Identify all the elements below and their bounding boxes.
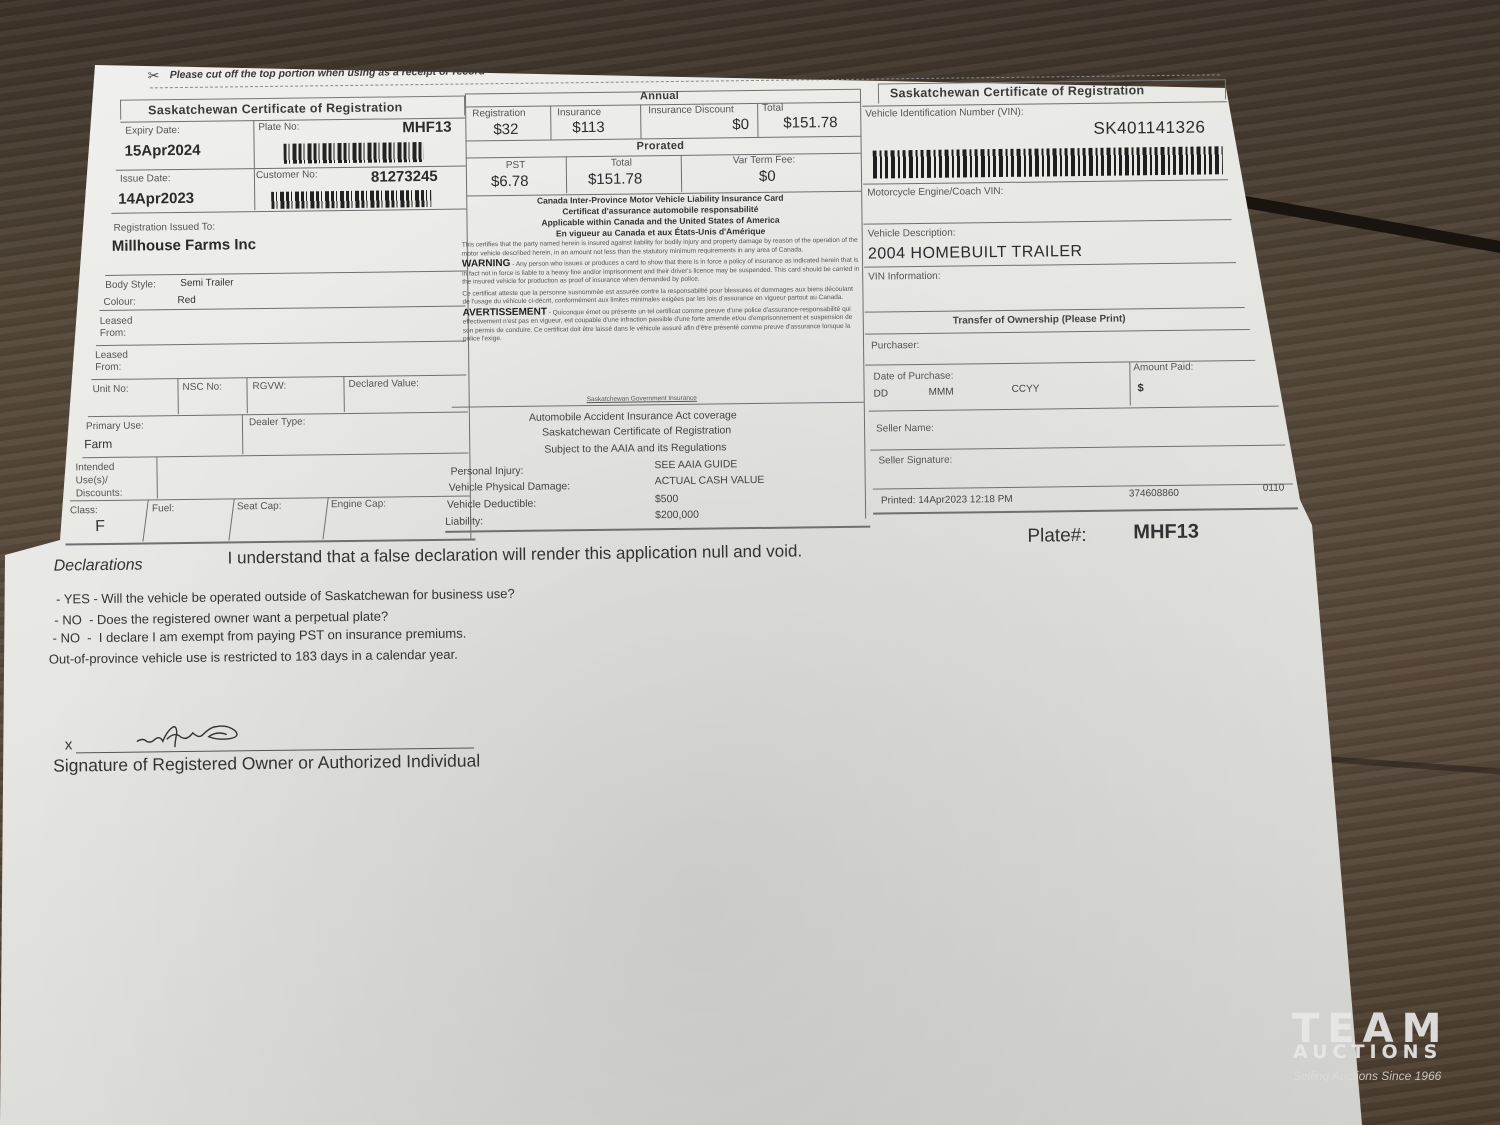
pst-value: $6.78: [491, 173, 529, 190]
colour-label: Colour:: [103, 297, 135, 308]
declaration-item-2: - NO - Does the registered owner want a …: [54, 609, 388, 628]
liability-label: Liability:: [445, 515, 483, 527]
class-label: Class:: [70, 505, 98, 516]
purchaser-label: Purchaser:: [871, 340, 919, 352]
vehicle-deductible-value: $500: [655, 493, 679, 505]
insurance-warning: WARNING - Any person who issues or produ…: [462, 256, 860, 287]
annual-total-label: Total: [762, 103, 783, 114]
team-auctions-tagline: Selling Auctions Since 1966: [1293, 1069, 1441, 1083]
team-auctions-logo-sub: AUCTIONS: [1293, 1041, 1442, 1063]
amount-paid-value: $: [1138, 382, 1144, 394]
declared-value-label: Declared Value:: [348, 378, 419, 390]
date-mmm: MMM: [929, 387, 954, 398]
annual-total-value: $151.78: [783, 114, 837, 132]
pst-label: PST: [506, 160, 526, 171]
plate-no-value: MHF13: [402, 119, 451, 137]
registration-label: Registration: [472, 108, 525, 120]
nsc-no-label: NSC No:: [182, 382, 222, 393]
var-term-fee-value: $0: [759, 168, 776, 185]
expiry-date-label: Expiry Date:: [125, 125, 180, 137]
personal-injury-label: Personal Injury:: [450, 465, 523, 478]
issue-date-label: Issue Date:: [120, 173, 171, 185]
declarations-heading: Declarations: [54, 557, 143, 576]
warning-label: WARNING: [462, 258, 510, 270]
aaia-line-2: Saskatchewan Certificate of Registration: [542, 424, 731, 438]
prorated-total-value: $151.78: [588, 170, 642, 188]
owner-signature: [133, 718, 273, 756]
customer-barcode: [271, 190, 431, 209]
seller-signature-label: Seller Signature:: [878, 455, 952, 467]
annual-header: Annual: [640, 90, 679, 102]
primary-use-value: Farm: [84, 437, 112, 451]
insurance-avertissement: AVERTISSEMENT - Quiconque émet ou présen…: [463, 304, 861, 344]
declarations-statement: I understand that a false declaration wi…: [227, 541, 802, 568]
expiry-date-value: 15Apr2024: [125, 142, 201, 160]
prorated-header: Prorated: [637, 140, 685, 153]
customer-no-value: 81273245: [371, 168, 438, 186]
transfer-header: Transfer of Ownership (Please Print): [953, 313, 1126, 326]
document-number: 374608860: [1129, 488, 1179, 500]
customer-no-label: Customer No:: [256, 169, 318, 181]
class-value: F: [95, 518, 105, 536]
vin-label: Vehicle Identification Number (VIN):: [865, 107, 1024, 120]
issued-to-label: Registration Issued To:: [114, 222, 216, 234]
declaration-note: Out-of-province vehicle use is restricte…: [49, 647, 458, 667]
aaia-line-3: Subject to the AAIA and its Regulations: [544, 441, 726, 455]
vehicle-description-label: Vehicle Description:: [868, 228, 956, 240]
prorated-total-label: Total: [611, 158, 632, 169]
scissors-icon: ✂: [148, 67, 160, 84]
french-certifies-text: Ce certificat atteste que la personne su…: [462, 285, 860, 307]
vin-information-label: VIN Information:: [868, 271, 940, 283]
vehicle-deductible-label: Vehicle Deductible:: [447, 498, 536, 511]
insurance-discount-label: Insurance Discount: [648, 104, 734, 116]
fuel-label: Fuel:: [152, 503, 174, 514]
registration-value: $32: [493, 121, 518, 138]
vehicle-physical-damage-label: Vehicle Physical Damage:: [449, 480, 571, 493]
vehicle-description-value: 2004 HOMEBUILT TRAILER: [868, 243, 1083, 264]
aaia-line-1: Automobile Accident Insurance Act covera…: [529, 409, 737, 424]
declaration-item-1: - YES - Will the vehicle be operated out…: [56, 586, 515, 607]
leased-from-label-2: Leased From:: [95, 350, 135, 374]
insurance-discount-value: $0: [732, 116, 749, 133]
plate-value: MHF13: [1133, 521, 1199, 545]
seat-cap-label: Seat Cap:: [237, 501, 282, 513]
insurance-value: $113: [572, 119, 604, 136]
engine-cap-label: Engine Cap:: [331, 499, 386, 511]
cut-notice: Please cut off the top portion when usin…: [170, 65, 486, 81]
body-style-label: Body Style:: [105, 279, 156, 291]
avertissement-label: AVERTISSEMENT: [463, 306, 547, 318]
signature-caption: Signature of Registered Owner or Authori…: [53, 750, 480, 776]
form-code: 0110: [1263, 483, 1285, 494]
motorcycle-engine-vin-label: Motorcycle Engine/Coach VIN:: [867, 186, 1003, 199]
printed-timestamp: Printed: 14Apr2023 12:18 PM: [881, 494, 1013, 507]
declaration-item-3: - NO - I declare I am exempt from paying…: [52, 626, 466, 646]
personal-injury-value: SEE AAIA GUIDE: [654, 458, 737, 471]
issue-date-value: 14Apr2023: [118, 190, 194, 208]
body-style-value: Semi Trailer: [180, 277, 233, 289]
date-ccyy: CCYY: [1012, 384, 1040, 395]
liability-value: $200,000: [655, 509, 699, 522]
date-dd: DD: [874, 388, 889, 399]
insurance-certifies-text: This certifies that the party named here…: [462, 237, 860, 259]
registration-form: ✂ Please cut off the top portion when us…: [0, 0, 1500, 1125]
amount-paid-label: Amount Paid:: [1133, 362, 1193, 374]
intended-uses-label: Intended Use(s)/ Discounts:: [75, 460, 145, 500]
issued-to-value: Millhouse Farms Inc: [112, 236, 256, 255]
plate-no-label: Plate No:: [258, 122, 299, 134]
colour-value: Red: [177, 295, 195, 306]
vehicle-physical-damage-value: ACTUAL CASH VALUE: [655, 474, 765, 487]
date-of-purchase-label: Date of Purchase:: [873, 371, 953, 383]
insurance-label: Insurance: [557, 107, 601, 119]
var-term-fee-label: Var Term Fee:: [733, 155, 796, 167]
seller-name-label: Seller Name:: [876, 423, 934, 435]
warning-text: - Any person who issues or produces a ca…: [462, 257, 859, 286]
rgvw-label: RGVW:: [252, 381, 286, 392]
insurance-card: Canada Inter-Province Motor Vehicle Liab…: [461, 192, 861, 344]
primary-use-label: Primary Use:: [86, 420, 144, 432]
vin-barcode: [873, 146, 1223, 178]
plate-barcode: [284, 142, 424, 164]
unit-no-label: Unit No:: [92, 384, 128, 395]
signature-x: x: [65, 736, 73, 753]
plate-label: Plate#:: [1027, 525, 1086, 548]
dealer-type-label: Dealer Type:: [249, 417, 306, 429]
leased-from-label-1: Leased From:: [100, 316, 140, 340]
vin-value: SK401141326: [1093, 117, 1205, 138]
